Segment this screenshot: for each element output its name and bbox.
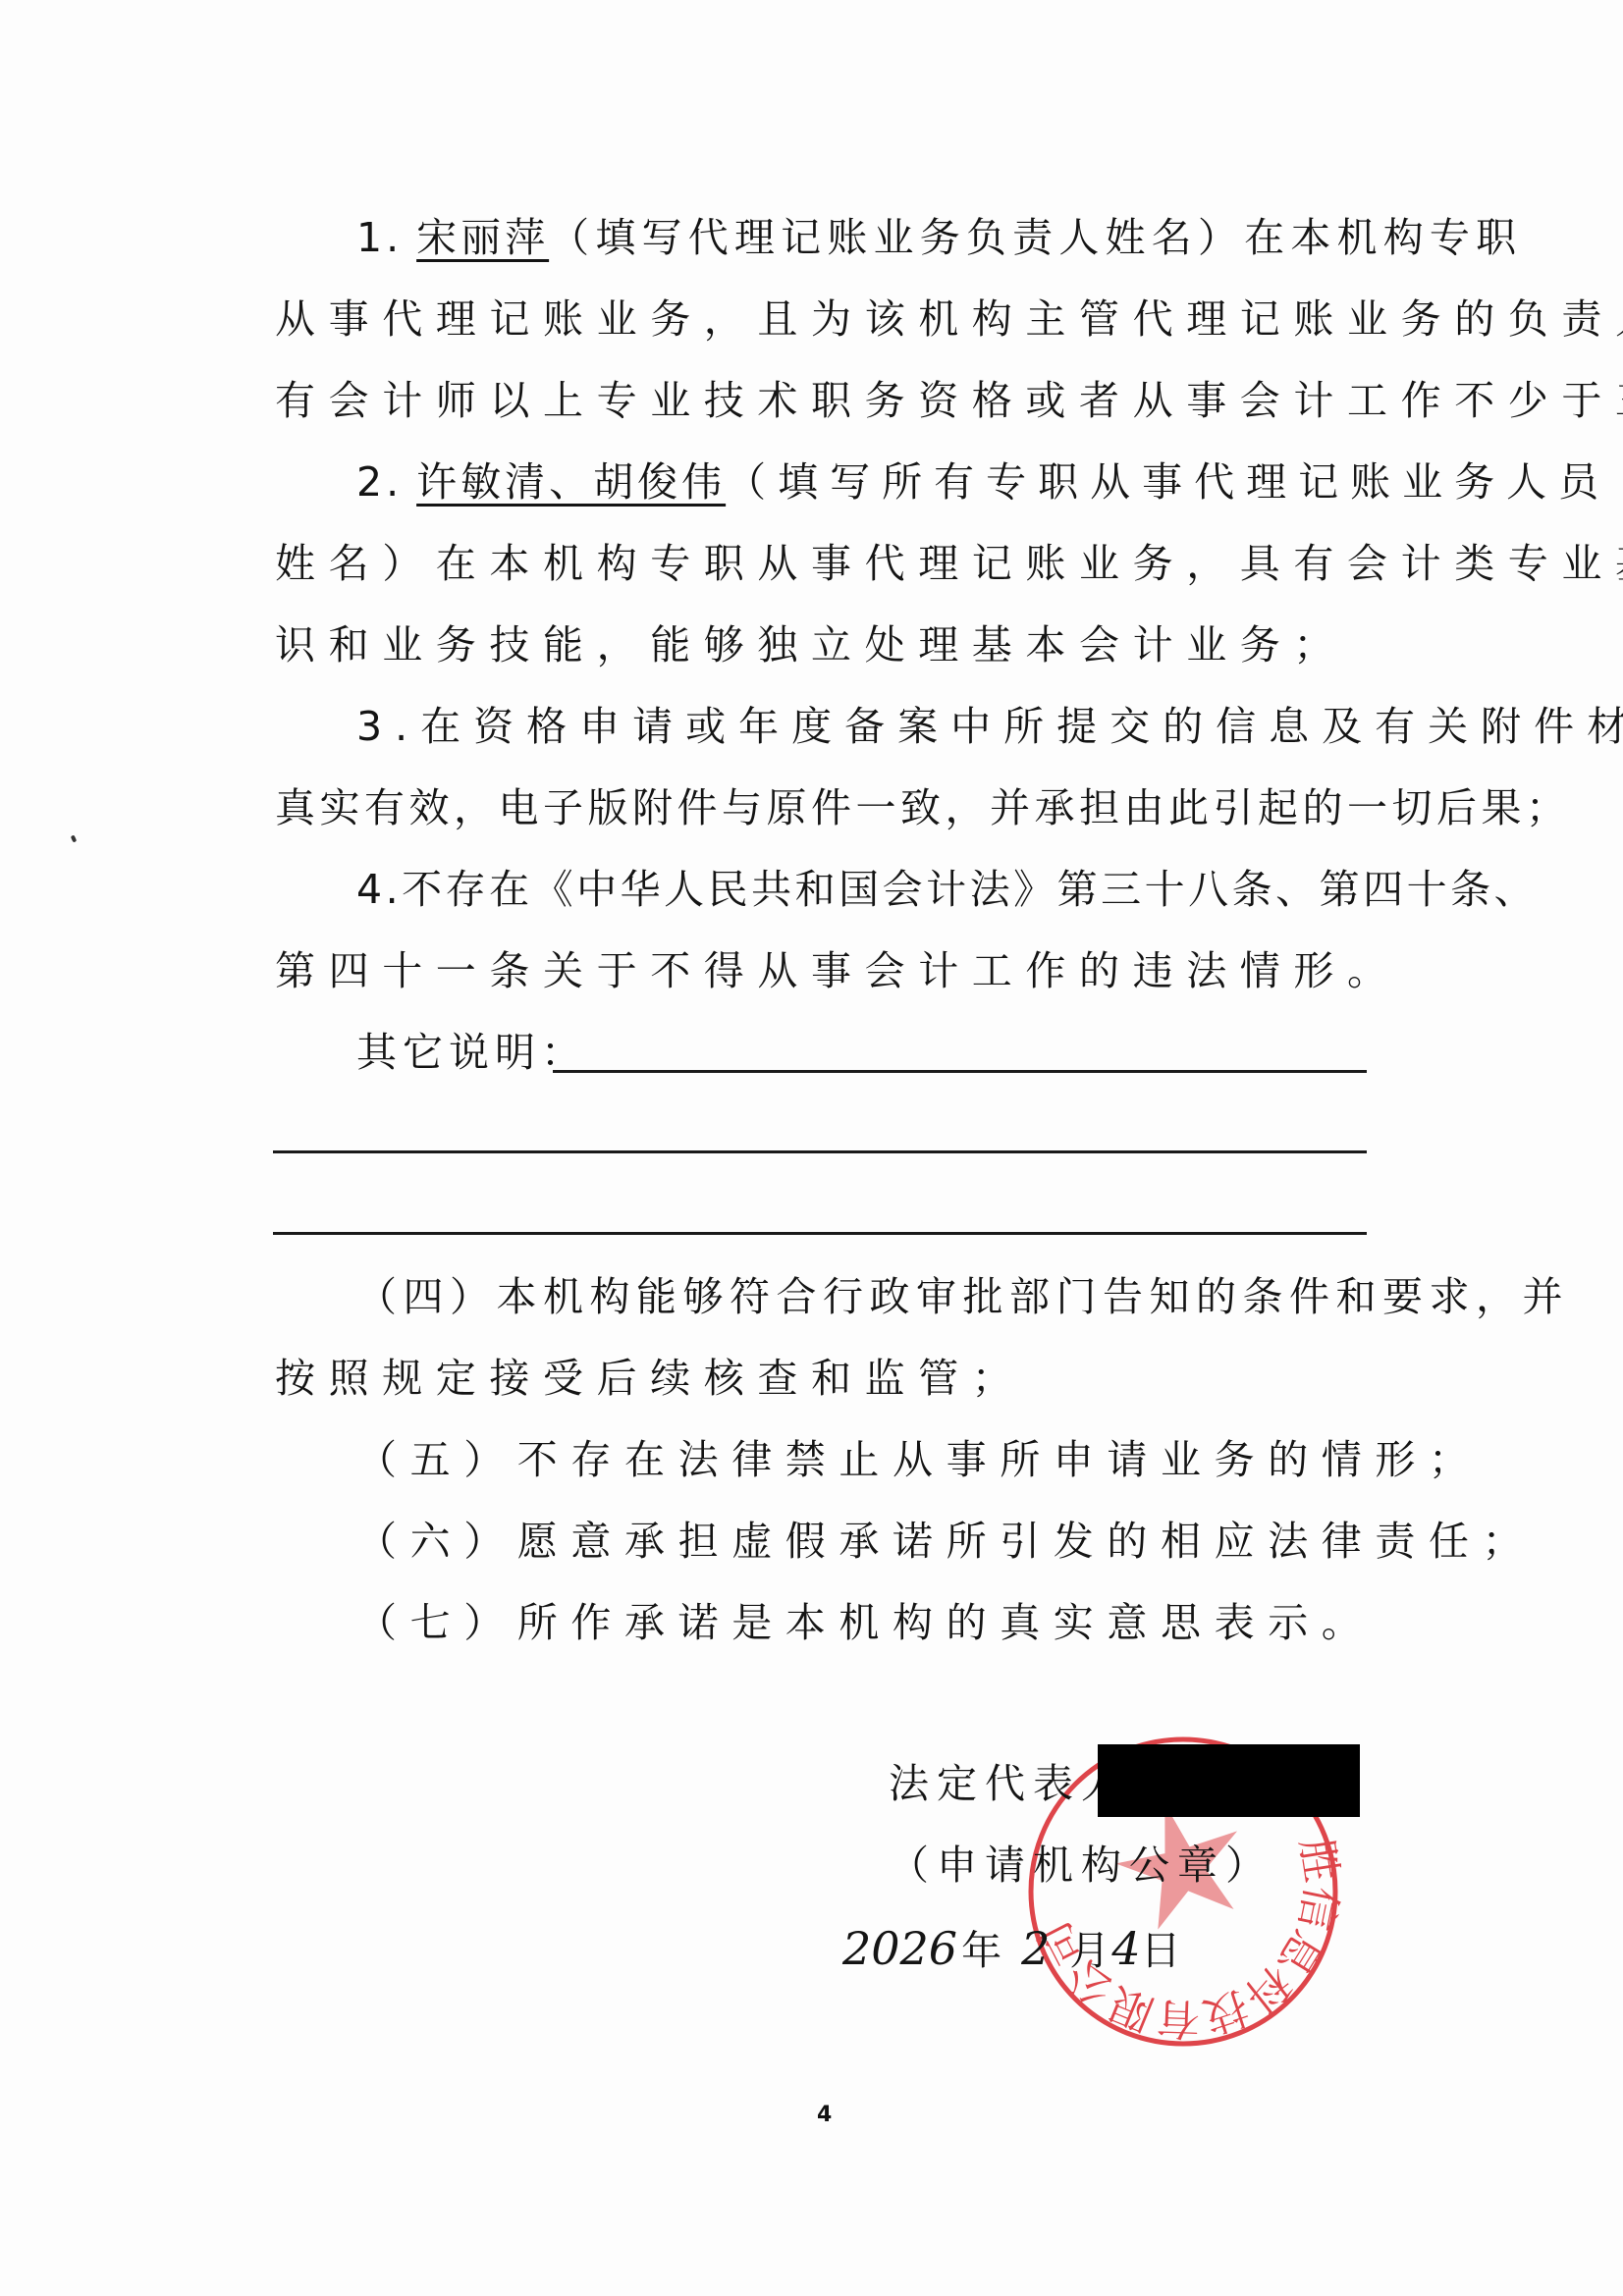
date-year-suffix: 年 [961,1927,1001,1974]
remarks-field-line-2[interactable] [273,1150,1367,1153]
item2-number: 2. [356,458,403,506]
item1-responsible-name: 宋丽萍 [416,214,549,261]
date-year: 2026 [842,1922,957,1975]
item2-line3: 识和业务技能，能够独立处理基本会计业务； [275,617,1367,672]
clause4-line1: （四）本机构能够符合行政审批部门告知的条件和要求，并 [356,1269,1367,1324]
legal-representative-signature-redacted [1098,1744,1360,1817]
item4-line1: 4.不存在《中华人民共和国会计法》第三十八条、第四十条、 [356,862,1367,917]
clause5: （五）不存在法律禁止从事所申请业务的情形； [356,1432,1367,1487]
seal-label: （申请机构公章） [889,1838,1273,1893]
item3-line1: 3.在资格申请或年度备案中所提交的信息及有关附件材料 [356,699,1367,754]
scan-speck [71,834,78,842]
item1-line3: 有会计师以上专业技术职务资格或者从事会计工作不少于三年； [275,373,1367,428]
date-month-suffix: 月 [1069,1927,1109,1974]
item3-line2: 真实有效，电子版附件与原件一致，并承担由此引起的一切后果； [275,780,1367,835]
remarks-field-line-3[interactable] [273,1232,1367,1235]
item1-text: （填写代理记账业务负责人姓名）在本机构专职 [549,214,1522,261]
date-day-suffix: 日 [1141,1927,1181,1974]
signing-date: 2026年2月4日 [842,1921,1181,1978]
item1-number: 1. [356,214,403,261]
clause4-line2: 按照规定接受后续核查和监管； [275,1351,1367,1406]
clause6: （六）愿意承担虚假承诺所引发的相应法律责任； [356,1514,1367,1569]
item2-line2: 姓名）在本机构专职从事代理记账业务，具有会计类专业基础知 [275,536,1367,591]
item2-staff-names: 许敏清、胡俊伟 [416,458,726,506]
item1-line2: 从事代理记账业务，且为该机构主管代理记账业务的负责人；具 [275,292,1367,347]
clause7: （七）所作承诺是本机构的真实意思表示。 [356,1595,1367,1650]
item2-line1: 2.许敏清、胡俊伟（填写所有专职从事代理记账业务人员 [356,454,1367,509]
item4-line2: 第四十一条关于不得从事会计工作的违法情形。 [275,943,1367,998]
date-day: 4 [1111,1922,1140,1975]
remarks-field-line-1[interactable] [553,1070,1367,1073]
item2-text: （填写所有专职从事代理记账业务人员 [726,458,1610,506]
item1-line1: 1.宋丽萍（填写代理记账业务负责人姓名）在本机构专职 [356,210,1367,265]
document-page: 1.宋丽萍（填写代理记账业务负责人姓名）在本机构专职 从事代理记账业务，且为该机… [0,0,1623,2296]
page-number: 4 [817,2103,832,2127]
date-month: 2 [1021,1922,1050,1975]
